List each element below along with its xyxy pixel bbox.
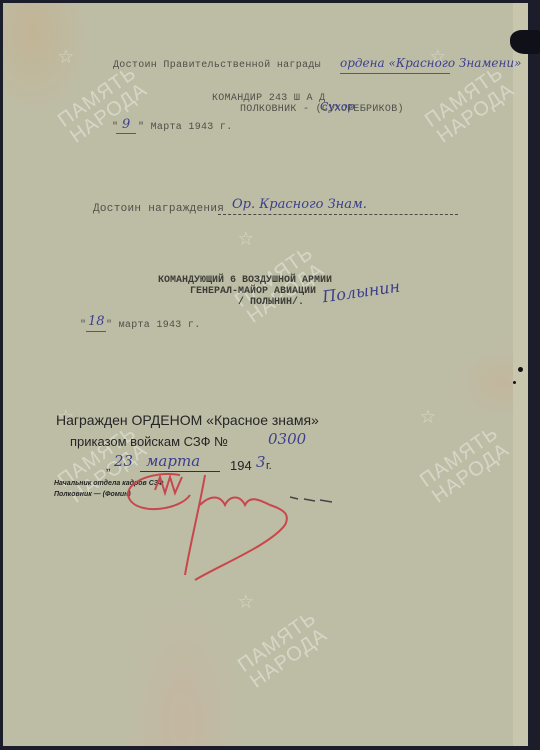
worthy-award-handwritten: Ор. Красного Знам. xyxy=(232,197,367,212)
date2-underline xyxy=(86,331,106,332)
date2-rest: " марта 1943 г. xyxy=(106,320,201,331)
award-stamp-line2: приказом войскам СЗФ № xyxy=(70,434,228,449)
commander-title: КОМАНДИР 243 Ш А Д xyxy=(212,93,325,104)
date2-day-handwritten: 18 xyxy=(88,314,105,329)
date-underline xyxy=(116,133,136,134)
red-signature-icon xyxy=(110,465,340,595)
date2-quote: " xyxy=(80,320,86,331)
award-stamp-line1: Награжден ОРДЕНОМ «Красное знамя» xyxy=(56,412,319,428)
worthy-award-label: Достоин награждения xyxy=(93,203,224,215)
handwriting-underline xyxy=(340,73,450,74)
punch-hole xyxy=(513,381,516,384)
date-rest: " Марта 1943 г. xyxy=(138,122,233,133)
ink-blot xyxy=(510,30,540,54)
worthy-award-line xyxy=(218,214,458,216)
army-commander-line3: / ПОЛЫНИН/. xyxy=(238,297,304,308)
army-commander-line1: КОМАНДУЮЩИЙ 6 ВОЗДУШНОЙ АРМИИ xyxy=(158,275,332,286)
watermark-star-icon: ☆ xyxy=(238,222,254,253)
army-commander-line2: ГЕНЕРАЛ-МАЙОР АВИАЦИИ xyxy=(190,286,316,297)
date-day-handwritten: 9 xyxy=(122,117,130,132)
worthy-line-typed: Достоин Правительственной награды xyxy=(113,60,321,71)
worthy-line-handwritten: ордена «Красного Знамени» xyxy=(340,56,521,70)
watermark-star-icon: ☆ xyxy=(58,40,74,71)
watermark-star-icon: ☆ xyxy=(420,400,436,431)
paper-edge xyxy=(513,3,528,746)
commander-signature: Сухор xyxy=(320,100,355,113)
punch-hole xyxy=(518,367,523,372)
date-quote: " xyxy=(112,122,118,133)
order-number-handwritten: 0300 xyxy=(268,430,306,448)
